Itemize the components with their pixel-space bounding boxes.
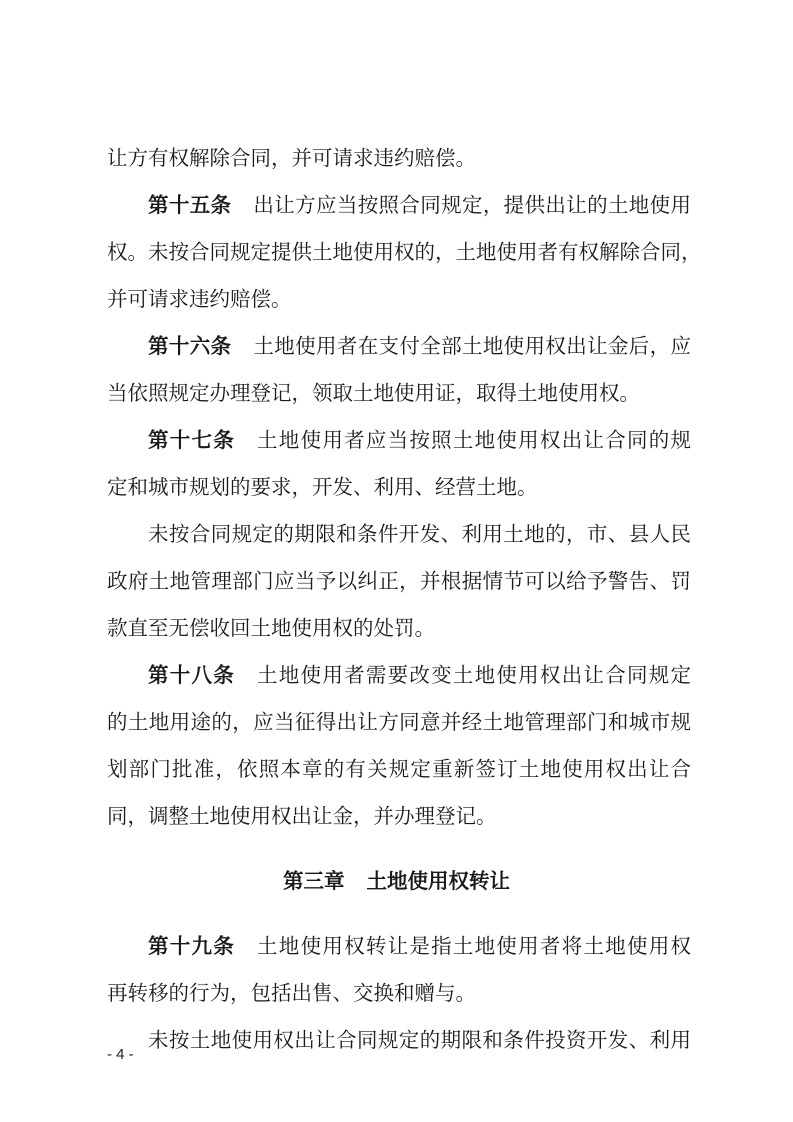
text-span: 土地使用者在支付全部土地使用权出让金后，应 [253, 334, 691, 358]
article-18-line: 第十八条土地使用者需要改变土地使用权出让合同规定 [148, 660, 691, 690]
chapter-heading: 第三章土地使用权转让 [0, 866, 793, 896]
article-17-line: 第十七条土地使用者应当按照土地使用权出让合同的规 [148, 425, 691, 455]
text-span: 土地使用权转让是指土地使用者将土地使用权 [257, 934, 691, 958]
article-18-label: 第十八条 [148, 663, 235, 687]
text-line: 款直至无偿收回土地使用权的处罚。 [107, 613, 691, 643]
text-line: 划部门批准，依照本章的有关规定重新签订土地使用权出让合 [107, 754, 691, 784]
text-line: 并可请求违约赔偿。 [107, 284, 691, 314]
chapter-title: 土地使用权转让 [367, 869, 511, 893]
text-span: 土地使用者需要改变土地使用权出让合同规定 [257, 663, 691, 687]
text-line: 同，调整土地使用权出让金，并办理登记。 [107, 801, 691, 831]
article-16-line: 第十六条土地使用者在支付全部土地使用权出让金后，应 [148, 331, 691, 361]
article-16-label: 第十六条 [148, 334, 231, 358]
text-line: 权。未按合同规定提供土地使用权的，土地使用者有权解除合同， [107, 237, 691, 267]
text-line: 定和城市规划的要求，开发、利用、经营土地。 [107, 472, 691, 502]
text-line: 未按土地使用权出让合同规定的期限和条件投资开发、利用 [148, 1025, 691, 1055]
article-19-label: 第十九条 [148, 934, 235, 958]
text-line: 未按合同规定的期限和条件开发、利用土地的，市、县人民 [148, 519, 691, 549]
text-line: 政府土地管理部门应当予以纠正，并根据情节可以给予警告、罚 [107, 566, 691, 596]
text-line: 的土地用途的，应当征得出让方同意并经土地管理部门和城市规 [107, 707, 691, 737]
page-number: - 4 - [107, 1046, 134, 1063]
text-line: 让方有权解除合同，并可请求违约赔偿。 [107, 143, 691, 173]
text-line: 当依照规定办理登记，领取土地使用证，取得土地使用权。 [107, 378, 691, 408]
article-15-line: 第十五条出让方应当按照合同规定，提供出让的土地使用 [148, 190, 691, 220]
article-19-line: 第十九条土地使用权转让是指土地使用者将土地使用权 [148, 931, 691, 961]
document-page: 让方有权解除合同，并可请求违约赔偿。 第十五条出让方应当按照合同规定，提供出让的… [0, 0, 793, 1122]
text-line: 再转移的行为，包括出售、交换和赠与。 [107, 978, 691, 1008]
chapter-number: 第三章 [283, 869, 345, 893]
text-span: 出让方应当按照合同规定，提供出让的土地使用 [253, 193, 691, 217]
text-span: 土地使用者应当按照土地使用权出让合同的规 [257, 428, 691, 452]
article-17-label: 第十七条 [148, 428, 235, 452]
article-15-label: 第十五条 [148, 193, 231, 217]
